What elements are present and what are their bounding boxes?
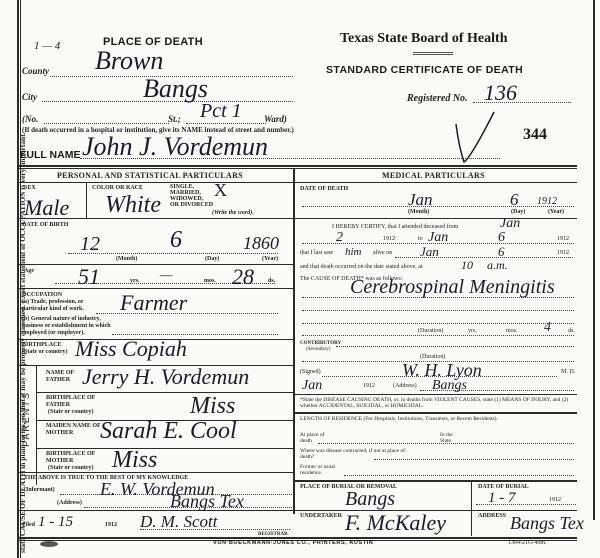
duration-ds-label: ds. <box>568 328 575 335</box>
month-label: (Month) <box>116 256 137 263</box>
burial-year: 1912 <box>549 497 561 504</box>
printer-credit: VON BOECKMANN-JONES CO., PRINTERS, AUSTI… <box>213 540 373 546</box>
secondary-label: (Secondary) <box>306 346 330 353</box>
father-name-value: Jerry H. Vordemun <box>82 364 249 390</box>
burial-date-value: 1 - 7 <box>488 490 516 507</box>
personal-heading: PERSONAL AND STATISTICAL PARTICULARS <box>57 172 243 180</box>
mother-birthplace-label: BIRTHPLACE OF MOTHER <box>46 451 106 465</box>
city-value: Bangs <box>143 74 208 104</box>
undertaker-address-value: Bangs Tex <box>510 513 584 534</box>
age-label: Age <box>24 268 34 275</box>
attended-to-year: 1912 <box>557 236 569 243</box>
file-number: 344 <box>523 126 547 144</box>
marital-mark: X <box>214 180 227 201</box>
to-label: to <box>418 236 423 243</box>
medical-heading: MEDICAL PARTICULARS <box>382 172 485 180</box>
registered-label: Registered No. <box>407 93 468 104</box>
left-border <box>17 0 19 558</box>
informant-address-value: Bangs Tex <box>170 491 244 512</box>
corner-mark: 1 — 4 <box>34 40 60 52</box>
county-value: Brown <box>95 46 163 76</box>
ward-label: Ward) <box>264 114 287 124</box>
undertaker-address-label: ADDRESS <box>478 513 506 520</box>
dod-year-label: (Year) <box>548 209 564 216</box>
attended-from-day: 2 <box>336 230 343 246</box>
undertaker-value: F. McKaley <box>345 510 446 536</box>
marital-options: SINGLE, MARRIED, WIDOWED, OR DIVORCED <box>170 184 213 208</box>
ward-value: Pct 1 <box>200 100 242 123</box>
attended-from-year: 1912 <box>383 236 395 243</box>
physician-address-label: (Address) <box>393 383 417 390</box>
dob-year: 1860 <box>243 233 279 254</box>
birthplace-sublabel: (State or country) <box>22 349 68 356</box>
former-residence-label: Former or usual residence. <box>300 464 344 476</box>
margin-note: state CAUSE OF DEATH in plain terms, so … <box>12 5 26 553</box>
age-months: — <box>160 268 172 284</box>
filed-year: 1912 <box>105 522 117 529</box>
full-name-value: John J. Vordemun <box>82 132 268 162</box>
st-label: St.; <box>168 114 181 124</box>
full-name-label: FULL NAME <box>20 149 80 161</box>
registered-number: 136 <box>484 80 517 106</box>
board-title: Texas State Board of Health <box>340 31 507 47</box>
year-label: (Year) <box>262 256 278 263</box>
occupation-value: Farmer <box>120 290 187 316</box>
mother-birthplace-sublabel: (State or country) <box>48 465 94 472</box>
mother-maiden-label: MAIDEN NAME OF MOTHER <box>46 423 106 437</box>
residence-label: LENGTH OF RESIDENCE (For Hospitals, Inst… <box>300 416 570 422</box>
printer-ornament <box>40 541 58 547</box>
county-label: County <box>22 66 49 76</box>
certificate-title: STANDARD CERTIFICATE OF DEATH <box>326 64 523 76</box>
dob-label: DATE OF BIRTH <box>22 222 68 229</box>
in-state-label: In the State <box>440 432 464 444</box>
dod-day: 6 <box>510 190 519 210</box>
informant-address-label: (Address) <box>57 500 82 507</box>
signed-year: 1912 <box>363 383 375 390</box>
duration-mos-label: mos. <box>506 328 518 335</box>
color-label: COLOR OR RACE <box>92 185 143 192</box>
marital-note: (Write the word). <box>212 210 254 217</box>
mos-label: mos. <box>204 278 216 285</box>
burial-place-value: Bangs <box>345 488 395 511</box>
dod-label: DATE OF DEATH <box>300 186 348 193</box>
cause-value: Cerebrospinal Meningitis <box>350 276 555 299</box>
age-years: 51 <box>78 264 100 290</box>
city-label: City <box>22 92 37 102</box>
last-saw-year: 1912 <box>557 250 569 257</box>
father-birthplace-label: BIRTHPLACE OF FATHER <box>46 395 106 409</box>
yrs-label: yrs. <box>130 278 140 285</box>
duration-yrs-label: yrs. <box>468 328 477 335</box>
informant-label: (Informant) <box>24 487 55 494</box>
father-name-label: NAME OF FATHER <box>46 370 86 384</box>
dob-month: 12 <box>80 233 100 256</box>
duration-days: 4 <box>544 320 551 336</box>
dod-month: Jan <box>408 190 433 210</box>
dob-day: 6 <box>170 227 182 254</box>
physician-address: Bangs <box>432 378 467 394</box>
mother-maiden-value: Sarah E. Cool <box>100 418 237 445</box>
occupation-a-label: (a) Trade, profession, or particular kin… <box>22 299 102 313</box>
last-saw-pronoun: him <box>345 246 362 258</box>
dod-month-label: (Month) <box>408 209 429 216</box>
filed-label: Filed <box>22 522 35 529</box>
no-label: (No. <box>22 114 38 124</box>
sex-label: SEX <box>24 185 36 192</box>
color-value: White <box>105 192 161 219</box>
death-time: 10 <box>461 258 473 273</box>
birthplace-value: Miss Copiah <box>75 336 187 362</box>
occupation-b-label: (b) General nature of industry, business… <box>22 316 112 337</box>
parents-label: PARENTS <box>21 389 31 449</box>
father-birthplace-sublabel: (State or country) <box>48 409 94 416</box>
last-saw-text: that I last saw <box>300 250 333 257</box>
father-birthplace-value: Miss <box>190 393 235 420</box>
occupation-label: OCCUPATION <box>22 292 62 299</box>
md-label: M. D. <box>561 369 575 376</box>
right-border <box>593 0 595 520</box>
signed-month: Jan <box>302 378 322 394</box>
age-days: 28 <box>232 264 254 290</box>
last-saw-month: Jan <box>420 244 439 260</box>
filed-date: 1 - 15 <box>38 514 73 531</box>
undertaker-label: UNDERTAKER <box>300 513 342 520</box>
alive-on-text: alive on <box>373 250 392 257</box>
death-ampm: a.m. <box>487 258 508 273</box>
signed-label: (Signed) <box>300 369 321 376</box>
death-time-text: and that death occurred on the date stat… <box>300 264 423 271</box>
dod-day-label: (Day) <box>511 209 525 216</box>
day-label: (Day) <box>205 256 219 263</box>
dod-year: 1912 <box>537 196 557 207</box>
column-divider <box>293 168 295 514</box>
form-number: 1304-21G-40m. <box>508 540 547 547</box>
mother-birthplace-value: Miss <box>112 447 157 474</box>
duration-label: (Duration) <box>418 328 443 335</box>
cause-footnote: *State the DISEASE CAUSING DEATH, or, in… <box>300 397 575 409</box>
ds-label: ds. <box>268 278 275 285</box>
birthplace-label: BIRTHPLACE <box>22 342 61 349</box>
